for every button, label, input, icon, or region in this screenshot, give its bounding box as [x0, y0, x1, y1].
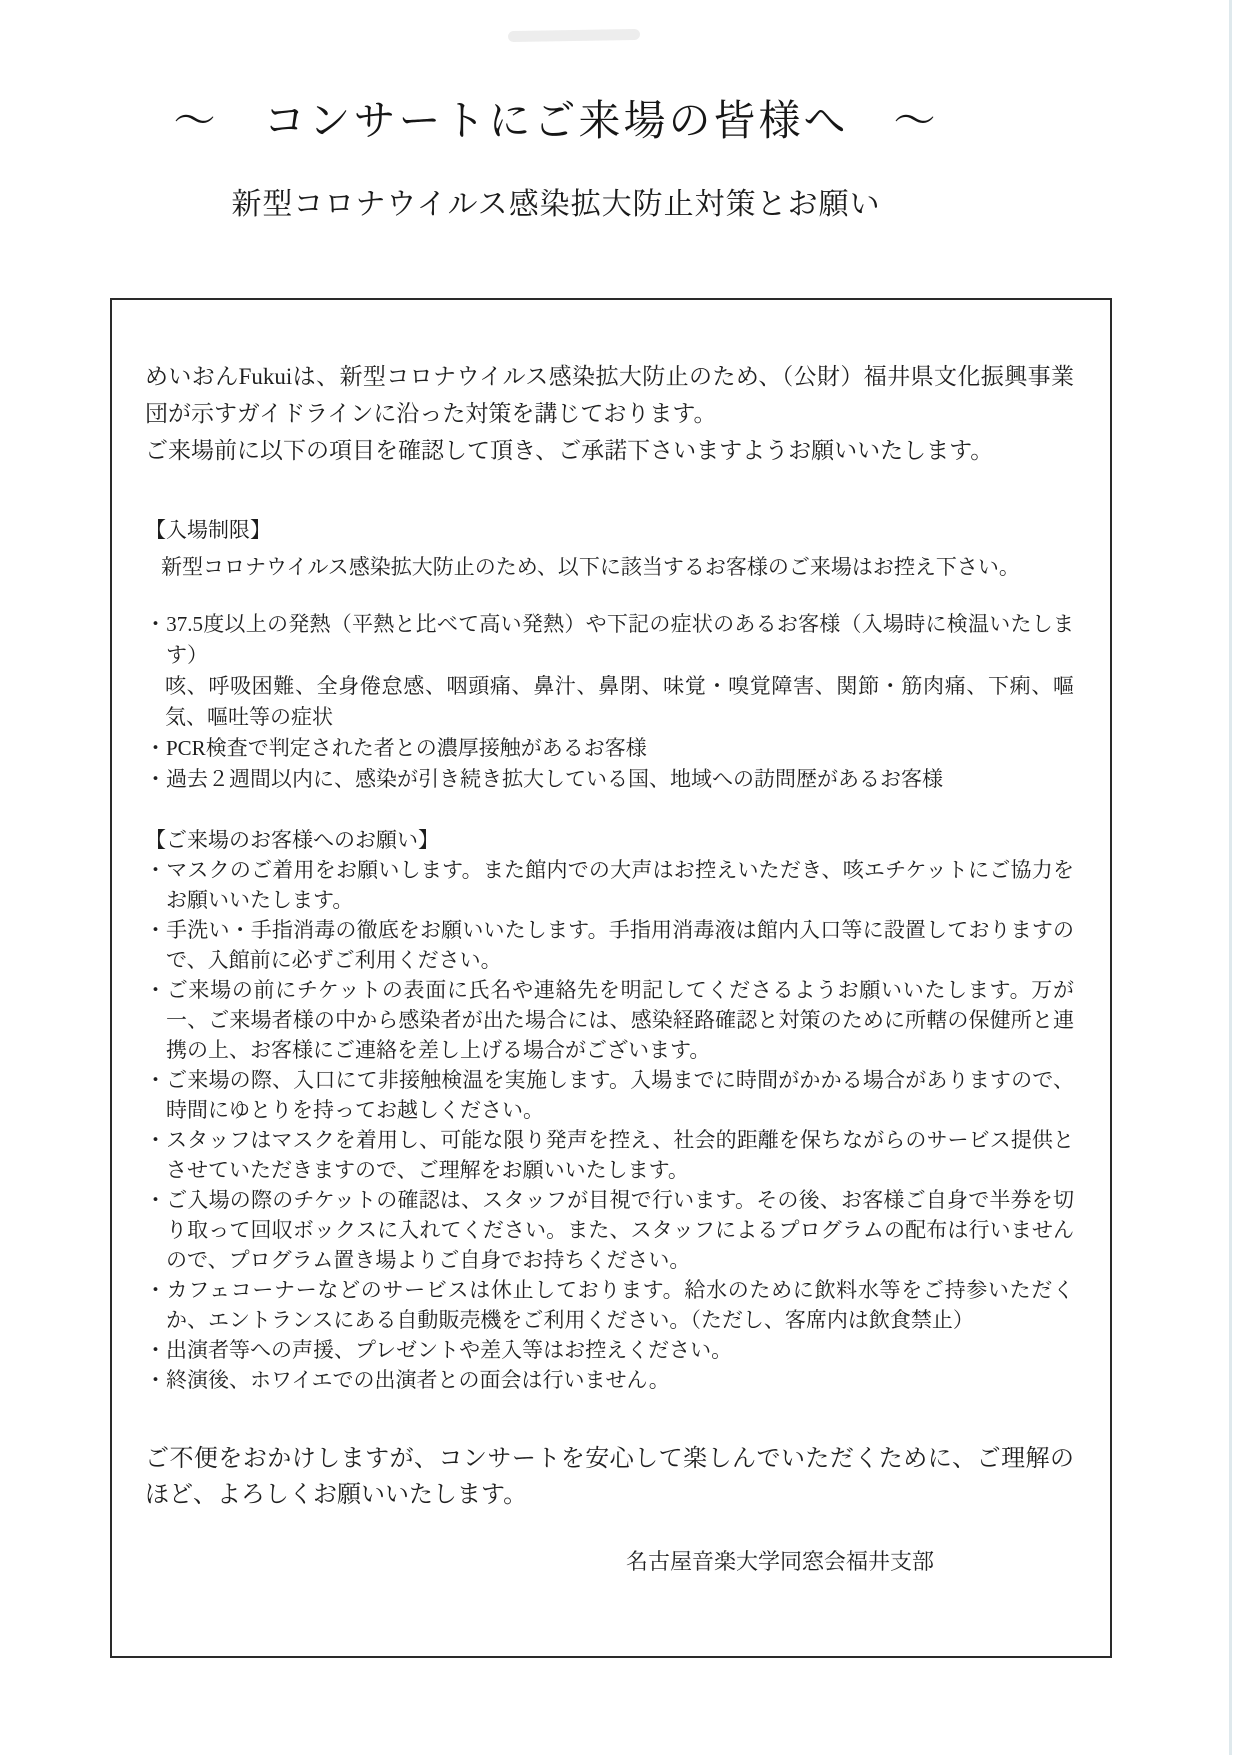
list-item-ticket-self-tear: ・ご入場の際のチケットの確認は、スタッフが目視で行います。その後、お客様ご自身で… — [145, 1185, 1074, 1275]
list-item-temperature-check: ・ご来場の際、入口にて非接触検温を実施します。入場までに時間がかかる場合がありま… — [145, 1065, 1074, 1125]
notice-box: めいおんFukuiは、新型コロナウイルス感染拡大防止のため、（公財）福井県文化振… — [110, 298, 1112, 1658]
list-item-pcr-contact: ・PCR検査で判定された者との濃厚接触があるお客様 — [145, 733, 1074, 764]
section-admission-restrictions: 【入場制限】 新型コロナウイルス感染拡大防止のため、以下に該当するお客様のご来場… — [145, 515, 1074, 795]
page-subtitle: 新型コロナウイルス感染拡大防止対策とお願い — [0, 186, 1112, 224]
list-item-no-meet-and-greet: ・終演後、ホワイエでの出演者との面会は行いません。 — [145, 1365, 1074, 1395]
list-item-no-cheering-gifts: ・出演者等への声援、プレゼントや差入等はお控えください。 — [145, 1335, 1074, 1365]
section-visitor-requests: 【ご来場のお客様へのお願い】 ・マスクのご着用をお願いします。また館内での大声は… — [145, 825, 1074, 1395]
symptoms-line: 咳、呼吸困難、全身倦怠感、咽頭痛、鼻汁、鼻閉、味覚・嗅覚障害、関節・筋肉痛、下痢… — [145, 671, 1074, 733]
scanned-notice-page: ～ コンサートにご来場の皆様へ ～ 新型コロナウイルス感染拡大防止対策とお願い … — [0, 0, 1241, 1755]
signature: 名古屋音楽大学同窓会福井支部 — [145, 1547, 1074, 1577]
list-item-hand-sanitizing: ・手洗い・手指消毒の徹底をお願いいたします。手指用消毒液は館内入口等に設置してお… — [145, 915, 1074, 975]
intro-line-2: ご来場前に以下の項目を確認して頂き、ご承諾下さいますようお願いいたします。 — [145, 432, 1074, 469]
restriction-heading: 【入場制限】 — [145, 515, 1074, 545]
list-item-ticket-contact-info: ・ご来場の前にチケットの表面に氏名や連絡先を明記してくださるようお願いいたします… — [145, 975, 1074, 1065]
intro-paragraph: めいおんFukuiは、新型コロナウイルス感染拡大防止のため、（公財）福井県文化振… — [145, 358, 1074, 469]
page-title: ～ コンサートにご来場の皆様へ ～ — [0, 96, 1112, 148]
list-item-staff-masks: ・スタッフはマスクを着用し、可能な限り発声を控え、社会的距離を保ちながらのサービ… — [145, 1125, 1074, 1185]
list-item-cafe-closed: ・カフェコーナーなどのサービスは休止しております。給水のために飲料水等をご持参い… — [145, 1275, 1074, 1335]
request-items: ・マスクのご着用をお願いします。また館内での大声はお控えいただき、咳エチケットに… — [145, 855, 1074, 1395]
restriction-lead: 新型コロナウイルス感染拡大防止のため、以下に該当するお客様のご来場はお控え下さい… — [145, 551, 1074, 583]
intro-line-1: めいおんFukuiは、新型コロナウイルス感染拡大防止のため、（公財）福井県文化振… — [145, 358, 1074, 432]
list-item-fever: ・37.5度以上の発熱（平熱と比べて高い発熱）や下記の症状のあるお客様（入場時に… — [145, 609, 1074, 671]
heading-block: ～ コンサートにご来場の皆様へ ～ 新型コロナウイルス感染拡大防止対策とお願い — [0, 0, 1112, 224]
restriction-items: ・37.5度以上の発熱（平熱と比べて高い発熱）や下記の症状のあるお客様（入場時に… — [145, 609, 1074, 795]
closing-paragraph: ご不便をおかけしますが、コンサートを安心して楽しんでいただくために、ご理解のほど… — [145, 1441, 1074, 1513]
scan-edge-artifact — [1229, 0, 1232, 1755]
list-item-mask: ・マスクのご着用をお願いします。また館内での大声はお控えいただき、咳エチケットに… — [145, 855, 1074, 915]
requests-heading: 【ご来場のお客様へのお願い】 — [145, 825, 1074, 855]
list-item-travel-history: ・過去２週間以内に、感染が引き続き拡大している国、地域への訪問歴があるお客様 — [145, 764, 1074, 795]
